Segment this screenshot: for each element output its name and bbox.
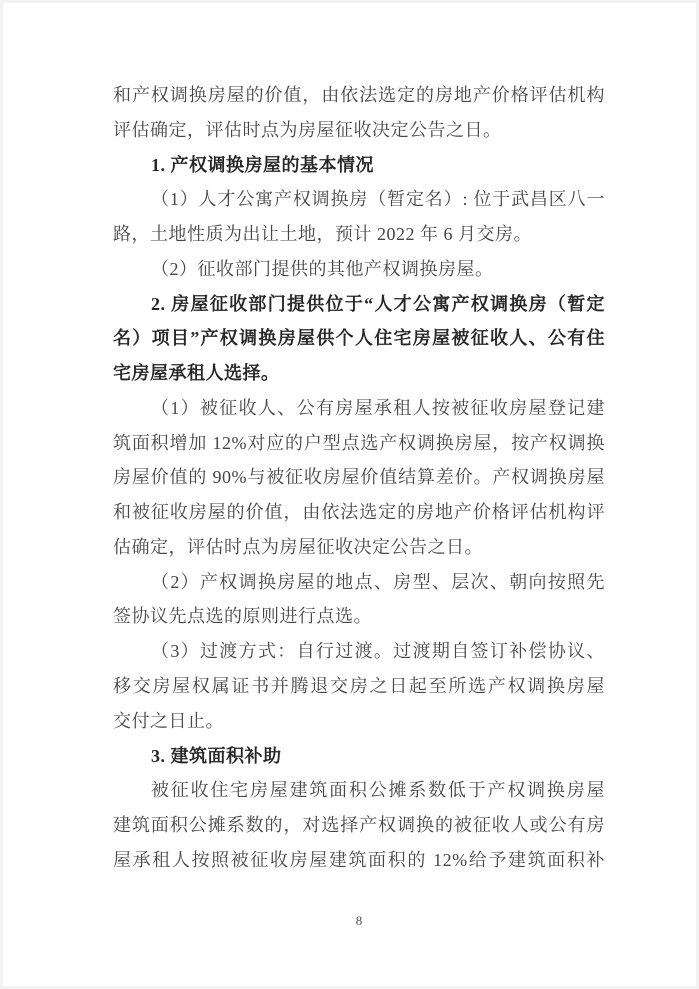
text-line: 房屋价值的 90%与被征收房屋价值结算差价。产权调换房屋	[113, 460, 605, 495]
text-line: 移交房屋权属证书并腾退交房之日起至所选产权调换房屋	[113, 669, 605, 704]
text-line: （1）被征收人、公有房屋承租人按被征收房屋登记建	[113, 391, 605, 426]
text-line: 屋承租人按照被征收房屋建筑面积的 12%给予建筑面积补	[113, 843, 605, 878]
text-line: （2）征收部门提供的其他产权调换房屋。	[113, 252, 605, 287]
text-line: 建筑面积公摊系数的，对选择产权调换的被征收人或公有房	[113, 808, 605, 843]
text-line: 和被征收房屋的价值，由依法选定的房地产价格评估机构评	[113, 495, 605, 530]
text-line: 名）项目”产权调换房屋供个人住宅房屋被征收人、公有住	[113, 321, 605, 356]
text-line: （2）产权调换房屋的地点、房型、层次、朝向按照先	[113, 565, 605, 600]
text-line: 宅房屋承租人选择。	[113, 356, 605, 391]
text-line: 签协议先点选的原则进行点选。	[113, 599, 605, 634]
document-page: 和产权调换房屋的价值，由依法选定的房地产价格评估机构评估确定，评估时点为房屋征收…	[0, 0, 699, 989]
text-line: 和产权调换房屋的价值，由依法选定的房地产价格评估机构	[113, 78, 605, 113]
document-body: 和产权调换房屋的价值，由依法选定的房地产价格评估机构评估确定，评估时点为房屋征收…	[113, 78, 605, 878]
page-number: 8	[113, 912, 605, 930]
text-line: （3）过渡方式：自行过渡。过渡期自签订补偿协议、	[113, 634, 605, 669]
text-line: 被征收住宅房屋建筑面积公摊系数低于产权调换房屋	[113, 773, 605, 808]
text-line: 路，土地性质为出让土地，预计 2022 年 6 月交房。	[113, 217, 605, 252]
text-line: （1）人才公寓产权调换房（暂定名）: 位于武昌区八一	[113, 182, 605, 217]
text-line: 交付之日止。	[113, 704, 605, 739]
text-line: 估确定，评估时点为房屋征收决定公告之日。	[113, 530, 605, 565]
text-line: 筑面积增加 12%对应的户型点选产权调换房屋，按产权调换	[113, 426, 605, 461]
text-line: 1. 产权调换房屋的基本情况	[113, 148, 605, 183]
text-line: 评估确定，评估时点为房屋征收决定公告之日。	[113, 113, 605, 148]
text-line: 2. 房屋征收部门提供位于“人才公寓产权调换房（暂定	[113, 287, 605, 322]
text-line: 3. 建筑面积补助	[113, 739, 605, 774]
